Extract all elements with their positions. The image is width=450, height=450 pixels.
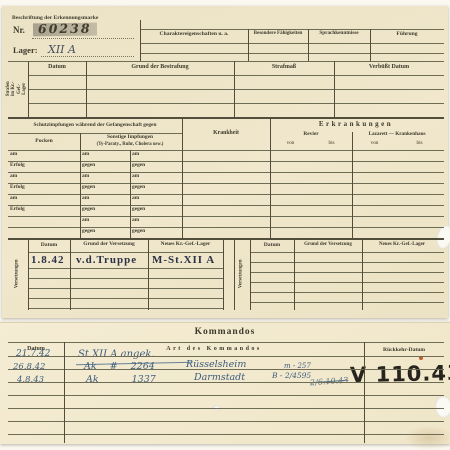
rule-line — [8, 61, 444, 62]
rule-line — [294, 238, 295, 310]
rule-line — [234, 238, 235, 310]
rule-line — [28, 238, 29, 310]
revier-von-label: von — [270, 141, 311, 147]
versetzung-entry-lager: M-St.XII A — [152, 254, 215, 266]
lager-label: Lager: — [13, 46, 38, 55]
rule-line — [28, 278, 223, 279]
rule-line — [28, 298, 223, 299]
rule-line — [8, 161, 444, 162]
rule-line — [8, 238, 444, 240]
rule-line — [8, 227, 444, 228]
rule-line — [182, 119, 183, 238]
rule-line — [8, 408, 444, 409]
impfung-cell: gegen — [82, 229, 128, 235]
rule-line — [8, 194, 444, 195]
rule-line — [250, 292, 444, 293]
impfungen-title: Schutzimpfungen während der Gefangenscha… — [10, 123, 180, 129]
impfung-cell: am — [82, 196, 128, 202]
impfung-cell: gegen — [82, 207, 128, 213]
traits-header-charakter: Charaktereigenschaften u. a. — [142, 31, 246, 37]
rule-line — [250, 282, 444, 283]
rule-line — [250, 272, 444, 273]
rule-line — [8, 369, 444, 370]
rule-line — [248, 29, 249, 61]
rule-line — [8, 183, 444, 184]
impfung-cell: Erfolg — [10, 163, 78, 169]
impfung-cell: am — [82, 174, 128, 180]
strafen-col-datum: Datum — [28, 64, 86, 71]
kommando-entry-date: 26.8.42 — [13, 363, 45, 372]
lazarett-bis-label: bis — [397, 141, 442, 147]
impfung-cell: am — [82, 218, 128, 224]
rule-line — [8, 205, 444, 206]
impfung-cell: gegen — [82, 163, 128, 169]
impfung-cell: am — [10, 152, 78, 158]
rule-line — [28, 268, 223, 269]
rule-line — [64, 342, 65, 443]
rule-line — [140, 43, 444, 44]
versetzungen-right-col-grund: Grund der Versetzung — [294, 242, 362, 248]
krankheit-col-label: Krankheit — [182, 130, 270, 136]
versetzung-entry-grund: v.d.Truppe — [76, 254, 137, 266]
nr-underline — [32, 38, 134, 39]
versetzungen-right-col-datum: Datum — [250, 242, 294, 248]
pow-record-card-scan: Beschriftung der Erkennungsmarke Nr. 602… — [0, 0, 450, 450]
rule-line — [8, 421, 444, 422]
impfungen-col-pocken: Pocken — [8, 138, 80, 144]
strafen-col-strafmass: Strafmaß — [234, 64, 334, 71]
erkrankungen-col-revier: Revier — [270, 132, 352, 138]
rule-line — [334, 61, 335, 117]
rule-line — [28, 89, 444, 90]
impfung-cell: am — [82, 152, 128, 158]
kommando-entry-date: 21.7.42 — [16, 350, 50, 359]
lager-value: XII A — [48, 44, 76, 55]
impfung-cell: gegen — [132, 229, 180, 235]
rule-line — [352, 132, 353, 238]
rule-line — [362, 238, 363, 310]
rule-line — [8, 434, 444, 435]
rule-line — [250, 302, 444, 303]
versetzungen-left-side-label: Versetzungen — [7, 240, 27, 308]
rule-line — [28, 61, 29, 117]
rule-line — [8, 117, 444, 119]
rule-line — [364, 342, 365, 443]
versetzungen-left-col-lager: Neues Kr.-Gef.-Lager — [148, 242, 223, 248]
traits-header-faehigkeiten: Besondere Fähigkeiten — [249, 31, 307, 37]
rule-line — [8, 356, 444, 357]
kommandos-title: Kommandos — [0, 327, 450, 337]
rule-line — [80, 133, 81, 238]
lager-underline — [41, 56, 134, 57]
kommando-entry-text: Ak # 2264 — [84, 362, 155, 372]
erkrankungen-title: Erkrankungen — [270, 121, 442, 129]
impfung-cell: am — [10, 196, 78, 202]
rule-line — [28, 103, 444, 104]
rule-line — [370, 29, 371, 61]
paper-stain — [404, 425, 450, 450]
impfung-cell: gegen — [132, 185, 180, 191]
strafen-col-grund: Grund der Bestrafung — [86, 64, 234, 71]
nr-label: Nr. — [13, 26, 25, 36]
lazarett-von-label: von — [352, 141, 397, 147]
rule-line — [70, 238, 71, 310]
rule-line — [8, 395, 444, 396]
rule-line — [28, 308, 223, 309]
margin-note: B - 2/4595 — [272, 372, 311, 380]
rule-line — [130, 150, 131, 238]
rule-line — [140, 29, 444, 30]
revier-bis-label: bis — [311, 141, 352, 147]
rule-line — [308, 29, 309, 61]
rule-line — [8, 216, 444, 217]
strafen-side-label: Strafen im Kr.-Gef.-Lager — [7, 61, 27, 117]
impfung-cell: am — [132, 152, 180, 158]
rule-line — [140, 20, 141, 61]
rule-line — [234, 61, 235, 117]
kommandos-col-rueckkehr: Rückkehr-Datum — [364, 347, 444, 353]
impfung-cell: am — [132, 196, 180, 202]
rule-line — [250, 238, 251, 310]
rule-line — [223, 238, 224, 310]
versetzung-entry-datum: 1.8.42 — [31, 254, 65, 266]
impfung-cell: gegen — [82, 185, 128, 191]
rule-line — [8, 342, 444, 343]
rule-line — [28, 288, 223, 289]
rule-line — [8, 382, 444, 383]
kommando-entry-text: Ak 1337 — [86, 375, 156, 385]
erkrankungen-col-lazarett: Lazarett — Krankenhaus — [352, 132, 442, 138]
impfung-cell: Erfolg — [10, 185, 78, 191]
rule-line — [8, 133, 182, 134]
versetzungen-right-side-label: Versetzungen — [233, 240, 249, 308]
impfung-cell: am — [132, 174, 180, 180]
traits-header-sprachen: Sprachkenntnisse — [309, 31, 369, 37]
kommando-entry-text: St XII A angek. — [78, 350, 155, 360]
rule-line — [140, 53, 444, 54]
strafen-col-verbuesst: Verbüßt Datum — [334, 64, 444, 71]
rule-line — [148, 238, 149, 310]
traits-header-fuehrung: Führung — [371, 31, 443, 37]
impfung-cell: gegen — [132, 163, 180, 169]
rule-line — [8, 150, 444, 151]
rule-line — [86, 61, 87, 117]
versetzungen-left-col-datum: Datum — [28, 242, 70, 248]
rule-line — [8, 172, 444, 173]
versetzungen-left-col-grund: Grund der Versetzung — [70, 242, 148, 248]
kommando-entry-date: 4.8.43 — [17, 376, 44, 385]
impfung-cell: am — [132, 218, 180, 224]
impfung-cell: am — [10, 174, 78, 180]
versetzungen-right-col-lager: Neues Kr.-Gef.-Lager — [362, 242, 442, 248]
impfung-cell: Erfolg — [10, 207, 78, 213]
rule-line — [28, 75, 444, 76]
rule-line — [270, 119, 271, 238]
rule-line — [28, 252, 223, 253]
impfungen-col-sonstige: Sonstige Impfungen — [80, 135, 180, 141]
nr-value: 60238 — [33, 23, 97, 36]
rule-line — [250, 252, 444, 253]
paper-tear — [435, 396, 450, 418]
impfungen-col-sonstige-sub: (Ty-Paraty., Ruhr, Cholera usw.) — [80, 142, 180, 147]
impfung-cell: gegen — [132, 207, 180, 213]
rule-line — [250, 262, 444, 263]
